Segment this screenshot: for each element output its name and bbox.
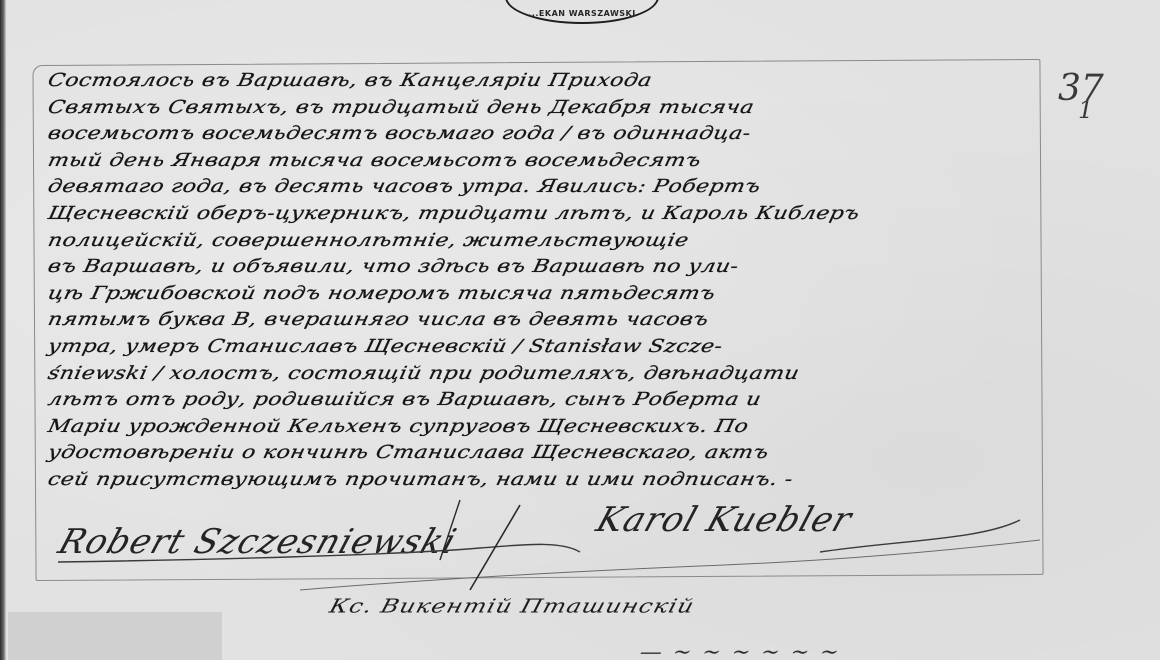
record-line: лѣтъ отъ роду, родившійся въ Варшавѣ, сы… — [46, 390, 1041, 412]
signature-karol: Karol Kuebler — [592, 500, 858, 540]
record-line: полицейскій, совершеннолѣтніе, жительств… — [46, 230, 1041, 252]
record-line: сей присутствующимъ прочитанъ, нами и им… — [46, 469, 1041, 491]
record-text: Состоялось въ Варшавѣ, въ Канцеляріи При… — [48, 68, 1038, 494]
scan-patch — [8, 612, 222, 660]
scan-edge — [0, 0, 6, 660]
archive-stamp: ...EKAN WARSZAWSKI — [505, 0, 659, 24]
record-line: Святыхъ Святыхъ, въ тридцатый день Декаб… — [46, 97, 1041, 119]
record-line: Маріи урожденной Кельхенъ супруговъ Щесн… — [46, 416, 1041, 438]
signature-robert: Robert Szczesniewski — [54, 522, 462, 562]
record-line: удостовѣреніи о кончинѣ Станислава Щесне… — [46, 443, 1041, 465]
scanned-page: ...EKAN WARSZAWSKI 37 1 Состоялось въ Ва… — [0, 0, 1160, 660]
record-line: цѣ Гржибовской подъ номеромъ тысяча пять… — [46, 283, 1041, 305]
record-line: девятаго года, въ десять часовъ утра. Яв… — [46, 177, 1041, 199]
record-line: Состоялось въ Варшавѣ, въ Канцеляріи При… — [46, 70, 1041, 92]
cut-off-text: — ~ ~ ~ ~ ~ ~ — [637, 640, 844, 660]
folio-sub-number: 1 — [1078, 96, 1093, 124]
record-line: śniewski / холостъ, состоящій при родите… — [46, 363, 1041, 385]
record-line: восемьсотъ восемьдесятъ восьмаго года / … — [46, 124, 1041, 146]
record-line: тый день Января тысяча восемьсотъ восемь… — [46, 150, 1041, 172]
record-line: въ Варшавѣ, и объявили, что здѣсь въ Вар… — [46, 257, 1041, 279]
record-line: Щесневскій оберъ-цукерникъ, тридцати лѣт… — [46, 203, 1041, 225]
stamp-text: ...EKAN WARSZAWSKI — [507, 9, 657, 18]
officer-note: Кс. Викентій Пташинскій — [327, 595, 697, 617]
record-line: пятымъ буква В, вчерашняго числа въ девя… — [46, 310, 1041, 332]
record-line: утра, умеръ Станиславъ Щесневскій / Stan… — [46, 336, 1041, 358]
